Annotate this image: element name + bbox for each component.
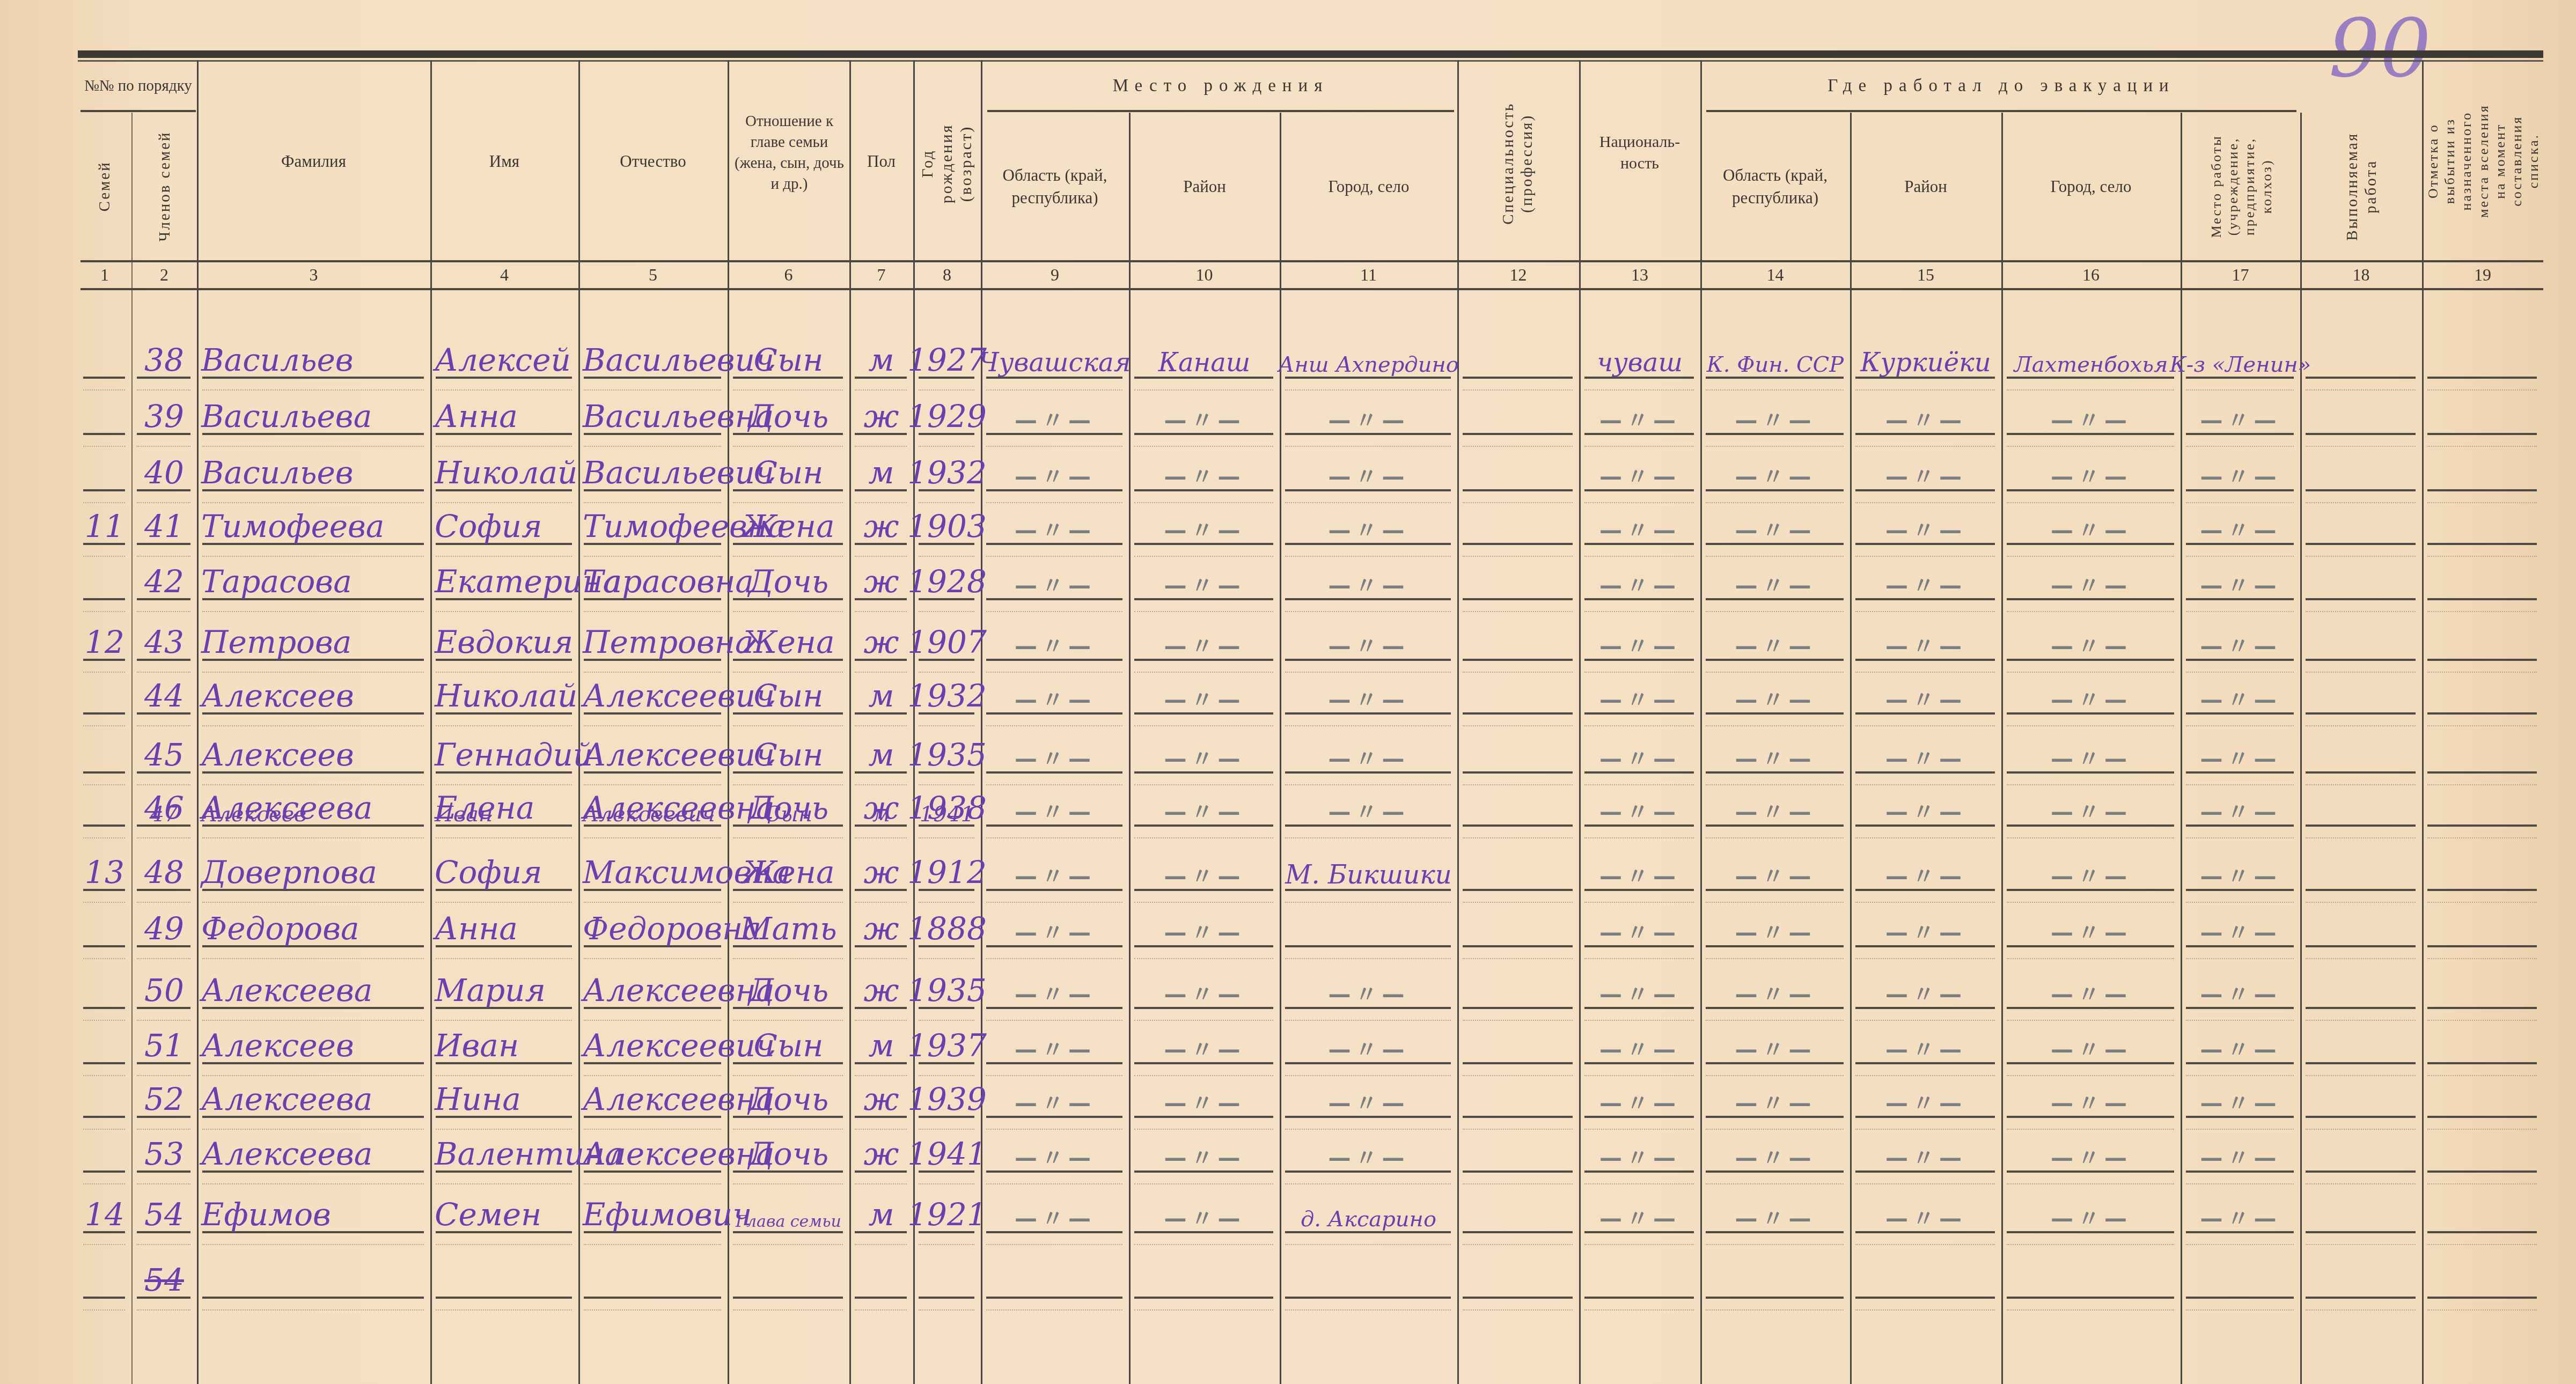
cell-family: 14	[78, 1192, 131, 1230]
row-guide	[2306, 556, 2416, 558]
row-guide	[2186, 1129, 2294, 1131]
row-rule	[1584, 1297, 1694, 1299]
cell-surname: Васильев	[197, 338, 435, 376]
row-rule	[2306, 543, 2416, 545]
row-guide	[1584, 446, 1694, 448]
cell-workplace: —〃—	[2181, 620, 2300, 658]
row-guide	[1855, 1183, 1995, 1186]
cell-job	[2300, 1077, 2422, 1115]
cell-year: 1939	[913, 1077, 981, 1115]
row-guide	[202, 1244, 424, 1246]
row-guide	[83, 556, 125, 558]
cell-w-village: —〃—	[2001, 1132, 2181, 1169]
header-col-10: Район	[1131, 115, 1278, 257]
row-guide	[2427, 389, 2537, 392]
cell-year: 1929	[913, 394, 981, 432]
cell-relation: Жена	[728, 504, 849, 542]
cell-relation: Сын	[728, 451, 849, 488]
row-guide	[1706, 1020, 1844, 1022]
census-form-page: 90 №№ по порядку Семей Членов семей Фами…	[0, 0, 2576, 1384]
row-guide	[137, 1129, 190, 1131]
cell-sex: м	[849, 451, 913, 488]
cell-job	[2300, 394, 2422, 432]
cell-sex: м	[849, 801, 913, 825]
row-guide	[1134, 958, 1273, 960]
row-rule	[83, 945, 125, 947]
cell-family	[78, 907, 131, 944]
row-rule	[2306, 377, 2416, 379]
cell-b-village: М. Бикшики	[1280, 850, 1457, 888]
row-rule	[1463, 1231, 1573, 1233]
cell-patronymic: Васильевич	[578, 451, 732, 488]
row-guide	[83, 902, 125, 904]
divider	[981, 60, 982, 1384]
cell-member: 49	[131, 907, 197, 944]
row-guide	[1706, 837, 1844, 840]
header-col-8: Год рождения (возраст)	[913, 70, 981, 257]
row-rule	[83, 1297, 125, 1299]
row-guide	[1855, 1309, 1995, 1312]
cell-w-district: —〃—	[1850, 1077, 2001, 1115]
cell-patronymic: Максимовна	[578, 850, 732, 888]
cell-b-district: —〃—	[1129, 733, 1280, 770]
row-guide	[1855, 958, 1995, 960]
row-guide	[1584, 902, 1694, 904]
cell-nationality: —〃—	[1579, 504, 1700, 542]
row-guide	[83, 389, 125, 392]
cell-relation: Сын	[728, 801, 849, 825]
cell-b-district: —〃—	[1129, 451, 1280, 488]
cell-sex: ж	[849, 560, 913, 597]
row-guide	[919, 389, 974, 392]
cell-surname: Федорова	[197, 907, 435, 944]
row-guide	[1855, 902, 1995, 904]
cell-family: 13	[78, 850, 131, 888]
row-guide	[919, 837, 974, 840]
cell-job	[2300, 1132, 2422, 1169]
column-number: 16	[2001, 263, 2181, 287]
header-col-1: Семей	[78, 115, 131, 257]
row-rule	[1463, 945, 1573, 947]
cell-b-region: —〃—	[981, 620, 1129, 658]
row-guide	[436, 837, 572, 840]
row-rule	[2306, 771, 2416, 774]
cell-note	[2422, 451, 2543, 488]
cell-member: 40	[131, 451, 197, 488]
cell-b-district: —〃—	[1129, 674, 1280, 711]
cell-w-region: —〃—	[1700, 1077, 1850, 1115]
cell-family	[78, 733, 131, 770]
cell-b-region: —〃—	[981, 968, 1129, 1006]
row-guide	[584, 1244, 721, 1246]
row-rule	[2427, 377, 2537, 379]
cell-name: Анна	[430, 394, 583, 432]
row-guide	[2007, 556, 2174, 558]
cell-member: 42	[131, 560, 197, 597]
row-guide	[2007, 611, 2174, 613]
row-guide	[733, 1020, 843, 1022]
cell-b-village	[1280, 801, 1457, 825]
cell-member: 45	[131, 733, 197, 770]
row-guide	[202, 1309, 424, 1312]
row-guide	[1285, 1183, 1451, 1186]
row-rule	[2306, 659, 2416, 661]
cell-workplace: —〃—	[2181, 1024, 2300, 1061]
row-rule	[202, 1297, 424, 1299]
column-number: 17	[2181, 263, 2300, 287]
row-guide	[2007, 725, 2174, 727]
cell-year: 1937	[913, 1024, 981, 1061]
column-number: 3	[197, 263, 430, 287]
row-guide	[986, 611, 1122, 613]
row-guide	[1584, 725, 1694, 727]
row-rule	[2306, 712, 2416, 715]
row-rule	[2306, 1116, 2416, 1118]
cell-name: Геннадий	[430, 733, 583, 770]
header-work-group: Где работал до эвакуации	[1706, 63, 2296, 109]
row-guide	[2306, 902, 2416, 904]
cell-b-village: —〃—	[1280, 733, 1457, 770]
cell-patronymic: Васильевна	[578, 394, 732, 432]
cell-note	[2422, 1258, 2543, 1295]
row-rule	[2427, 1170, 2537, 1173]
row-guide	[83, 1183, 125, 1186]
cell-w-region	[1700, 1258, 1850, 1295]
cell-w-region: —〃—	[1700, 1192, 1850, 1230]
row-guide	[1706, 556, 1844, 558]
row-guide	[436, 902, 572, 904]
cell-b-region: —〃—	[981, 504, 1129, 542]
cell-patronymic: Федоровна	[578, 907, 732, 944]
row-guide	[2186, 389, 2294, 392]
row-rule	[2306, 1231, 2416, 1233]
divider	[1579, 60, 1581, 1384]
cell-workplace: —〃—	[2181, 907, 2300, 944]
cell-profession	[1457, 674, 1579, 711]
cell-w-district: —〃—	[1850, 394, 2001, 432]
cell-nationality: чуваш	[1579, 338, 1700, 376]
cell-job	[2300, 620, 2422, 658]
cell-relation	[728, 1258, 849, 1295]
header-col-5: Отчество	[578, 63, 728, 259]
column-number: 11	[1280, 263, 1457, 287]
cell-b-region	[981, 1258, 1129, 1295]
row-rule	[1463, 771, 1573, 774]
cell-profession	[1457, 968, 1579, 1006]
header-rule	[1706, 110, 2296, 112]
header-col-14: Область (край, республика)	[1702, 115, 1848, 257]
row-guide	[137, 902, 190, 904]
row-rule	[1463, 1297, 1573, 1299]
header-col-9: Область (край, республика)	[983, 115, 1127, 257]
cell-w-region: —〃—	[1700, 850, 1850, 888]
row-guide	[1855, 725, 1995, 727]
cell-w-district: —〃—	[1850, 560, 2001, 597]
row-guide	[1285, 1309, 1451, 1312]
cell-profession	[1457, 338, 1579, 376]
row-guide	[986, 389, 1122, 392]
row-guide	[2306, 725, 2416, 727]
cell-member: 48	[131, 850, 197, 888]
row-guide	[584, 556, 721, 558]
header-col-19: Отметка о выбытии из назначенного места …	[2424, 63, 2543, 259]
row-guide	[855, 1020, 907, 1022]
cell-workplace: —〃—	[2181, 1132, 2300, 1169]
row-guide	[919, 611, 974, 613]
cell-year: 1941	[913, 801, 981, 825]
row-rule	[83, 377, 125, 379]
cell-surname: Тимофеева	[197, 504, 435, 542]
row-guide	[986, 1183, 1122, 1186]
cell-b-village: —〃—	[1280, 674, 1457, 711]
cell-b-district	[1129, 801, 1280, 825]
cell-sex: м	[849, 1024, 913, 1061]
cell-w-district: —〃—	[1850, 968, 2001, 1006]
row-guide	[83, 958, 125, 960]
row-guide	[1134, 446, 1273, 448]
cell-profession	[1457, 1258, 1579, 1295]
cell-patronymic: Алексеевич	[578, 1024, 732, 1061]
cell-year: 1932	[913, 674, 981, 711]
row-rule	[2306, 945, 2416, 947]
cell-surname: Васильев	[197, 451, 435, 488]
row-guide	[1134, 1183, 1273, 1186]
row-guide	[202, 611, 424, 613]
row-guide	[202, 1020, 424, 1022]
cell-relation: Дочь	[728, 1132, 849, 1169]
row-guide	[1285, 902, 1451, 904]
row-guide	[1285, 1020, 1451, 1022]
cell-w-region: —〃—	[1700, 1024, 1850, 1061]
row-guide	[1463, 902, 1573, 904]
cell-sex: м	[849, 674, 913, 711]
row-guide	[584, 902, 721, 904]
row-guide	[2306, 446, 2416, 448]
row-guide	[733, 389, 843, 392]
row-guide	[2306, 958, 2416, 960]
cell-b-region: —〃—	[981, 907, 1129, 944]
row-guide	[1463, 1244, 1573, 1246]
header-numbering-group: №№ по порядку	[80, 63, 196, 109]
cell-family	[78, 560, 131, 597]
column-number: 19	[2422, 263, 2543, 287]
row-guide	[986, 725, 1122, 727]
cell-member: 41	[131, 504, 197, 542]
row-guide	[1134, 1244, 1273, 1246]
row-guide	[1463, 1183, 1573, 1186]
row-guide	[2427, 1183, 2537, 1186]
row-guide	[1285, 446, 1451, 448]
cell-name: Валентина	[430, 1132, 583, 1169]
cell-nationality: —〃—	[1579, 394, 1700, 432]
cell-name: Николай	[430, 674, 583, 711]
cell-b-village: —〃—	[1280, 1132, 1457, 1169]
cell-b-district: —〃—	[1129, 394, 1280, 432]
header-col-16: Город, село	[2003, 115, 2179, 257]
cell-workplace: —〃—	[2181, 451, 2300, 488]
row-guide	[2186, 611, 2294, 613]
cell-relation: Дочь	[728, 1077, 849, 1115]
row-guide	[1584, 389, 1694, 392]
cell-name: София	[430, 850, 583, 888]
row-rule	[2427, 1231, 2537, 1233]
cell-member: 43	[131, 620, 197, 658]
cell-w-region: —〃—	[1700, 1132, 1850, 1169]
cell-job	[2300, 733, 2422, 770]
row-guide	[137, 837, 190, 840]
row-rule	[2427, 543, 2537, 545]
cell-member: 50	[131, 968, 197, 1006]
row-guide	[2186, 1244, 2294, 1246]
row-guide	[2306, 1020, 2416, 1022]
cell-workplace	[2181, 801, 2300, 825]
cell-sex: ж	[849, 1077, 913, 1115]
cell-family: 11	[78, 504, 131, 542]
row-guide	[137, 958, 190, 960]
cell-family	[78, 968, 131, 1006]
row-rule	[83, 1170, 125, 1173]
cell-profession	[1457, 620, 1579, 658]
row-guide	[733, 1129, 843, 1131]
column-number: 18	[2300, 263, 2422, 287]
row-guide	[733, 902, 843, 904]
cell-workplace: —〃—	[2181, 1077, 2300, 1115]
row-guide	[855, 837, 907, 840]
row-guide	[1706, 1183, 1844, 1186]
column-number: 15	[1850, 263, 2001, 287]
cell-member: 54	[131, 1192, 197, 1230]
cell-year: 1927	[913, 338, 981, 376]
row-guide	[1285, 837, 1451, 840]
cell-surname: Васильева	[197, 394, 435, 432]
row-guide	[2007, 446, 2174, 448]
row-rule	[733, 1297, 843, 1299]
cell-workplace: —〃—	[2181, 733, 2300, 770]
cell-patronymic: Тимофеевна	[578, 504, 732, 542]
row-rule	[1463, 489, 1573, 491]
column-number-rule	[80, 288, 2543, 290]
cell-profession	[1457, 801, 1579, 825]
cell-year: 1928	[913, 560, 981, 597]
row-guide	[1463, 611, 1573, 613]
column-number: 14	[1700, 263, 1850, 287]
row-guide	[2007, 1183, 2174, 1186]
row-guide	[855, 1244, 907, 1246]
row-guide	[855, 1129, 907, 1131]
cell-w-region: —〃—	[1700, 968, 1850, 1006]
cell-note	[2422, 1132, 2543, 1169]
row-guide	[1706, 611, 1844, 613]
row-guide	[1134, 1309, 1273, 1312]
cell-w-district: —〃—	[1850, 504, 2001, 542]
cell-patronymic: Васильевич	[578, 338, 732, 376]
row-guide	[855, 902, 907, 904]
cell-member: 39	[131, 394, 197, 432]
row-guide	[2306, 837, 2416, 840]
cell-family	[78, 1024, 131, 1061]
cell-profession	[1457, 451, 1579, 488]
row-guide	[202, 389, 424, 392]
row-guide	[733, 725, 843, 727]
row-guide	[919, 1020, 974, 1022]
cell-w-village: —〃—	[2001, 733, 2181, 770]
row-guide	[584, 1183, 721, 1186]
row-guide	[1285, 556, 1451, 558]
row-guide	[2306, 1129, 2416, 1131]
header-rule	[987, 110, 1454, 112]
cell-b-district: —〃—	[1129, 1077, 1280, 1115]
column-number: 12	[1457, 263, 1579, 287]
cell-patronymic: Алексеевна	[578, 968, 732, 1006]
row-guide	[202, 902, 424, 904]
cell-w-village: —〃—	[2001, 504, 2181, 542]
cell-note	[2422, 560, 2543, 597]
row-guide	[1584, 958, 1694, 960]
cell-nationality: —〃—	[1579, 674, 1700, 711]
cell-b-region: —〃—	[981, 1077, 1129, 1115]
cell-b-region: —〃—	[981, 850, 1129, 888]
column-number: 13	[1579, 263, 1700, 287]
cell-surname: Алексеева	[197, 1132, 435, 1169]
row-guide	[202, 837, 424, 840]
cell-patronymic	[578, 1258, 732, 1295]
row-guide	[733, 958, 843, 960]
cell-relation: Глава семьи	[728, 1192, 849, 1230]
row-guide	[1285, 725, 1451, 727]
row-guide	[1706, 725, 1844, 727]
cell-workplace: —〃—	[2181, 560, 2300, 597]
cell-name: Николай	[430, 451, 583, 488]
cell-family	[78, 394, 131, 432]
top-border	[78, 50, 2543, 58]
cell-member: 54	[131, 1258, 197, 1295]
cell-patronymic: Алексеевич	[578, 733, 732, 770]
row-guide	[83, 1309, 125, 1312]
row-guide	[919, 446, 974, 448]
cell-family	[78, 451, 131, 488]
row-guide	[2007, 958, 2174, 960]
row-rule	[1463, 659, 1573, 661]
row-guide	[986, 1020, 1122, 1022]
row-guide	[1134, 389, 1273, 392]
cell-sex: ж	[849, 394, 913, 432]
row-rule	[2427, 598, 2537, 600]
cell-nationality: —〃—	[1579, 1077, 1700, 1115]
column-number: 10	[1129, 263, 1280, 287]
row-rule	[1706, 1297, 1844, 1299]
cell-profession	[1457, 733, 1579, 770]
row-guide	[919, 958, 974, 960]
row-rule	[83, 433, 125, 435]
row-rule	[83, 598, 125, 600]
cell-patronymic: Алексеевич	[578, 801, 732, 825]
row-guide	[1134, 1020, 1273, 1022]
row-guide	[2007, 1309, 2174, 1312]
cell-b-district: Канаш	[1129, 338, 1280, 376]
cell-job	[2300, 801, 2422, 825]
cell-w-district: —〃—	[1850, 674, 2001, 711]
cell-b-district: —〃—	[1129, 1192, 1280, 1230]
cell-job	[2300, 504, 2422, 542]
row-guide	[733, 611, 843, 613]
cell-w-village	[2001, 801, 2181, 825]
cell-workplace: —〃—	[2181, 850, 2300, 888]
row-rule	[436, 1297, 572, 1299]
row-guide	[436, 556, 572, 558]
row-guide	[2427, 837, 2537, 840]
cell-w-village: —〃—	[2001, 674, 2181, 711]
row-guide	[855, 1183, 907, 1186]
